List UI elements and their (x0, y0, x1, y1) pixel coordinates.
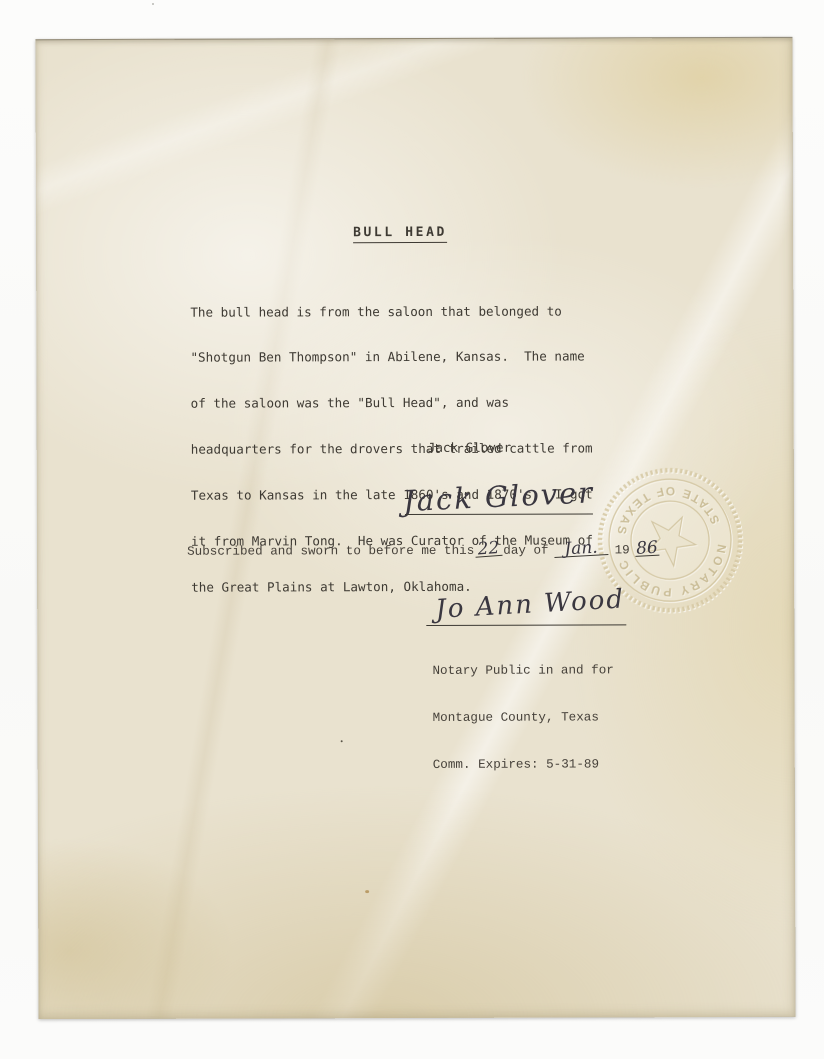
notary-county-line: Montague County, Texas (433, 710, 614, 726)
notary-credentials: Notary Public in and for Montague County… (432, 631, 614, 805)
document-title: BULL HEAD (353, 225, 447, 243)
handwritten-year: 86 (634, 542, 659, 557)
notary-expiry-line: Comm. Expires: 5-31-89 (433, 758, 614, 774)
scanner-background: BULL HEAD The bull head is from the salo… (0, 0, 824, 1059)
handwritten-day: 22 (475, 542, 503, 558)
notary-title-line: Notary Public in and for (432, 663, 613, 679)
notary-signature-line (426, 624, 626, 626)
sworn-middle: day of (503, 544, 548, 558)
typed-author-name: Jack Glover (428, 440, 511, 455)
body-line: The bull head is from the saloon that be… (190, 303, 592, 320)
document-page: BULL HEAD The bull head is from the salo… (35, 37, 795, 1019)
paper-stain (365, 890, 369, 893)
body-line: headquarters for the drovers that traile… (191, 441, 593, 458)
sworn-prefix: Subscribed and sworn to before me this (187, 544, 474, 559)
body-paragraph: The bull head is from the saloon that be… (190, 272, 593, 625)
body-line: of the saloon was the "Bull Head", and w… (191, 395, 593, 412)
body-line: "Shotgun Ben Thompson" in Abilene, Kansa… (190, 349, 592, 366)
dust-speck (152, 3, 154, 5)
handwritten-month: Jan. (553, 541, 608, 558)
sworn-year-prefix: 19 (615, 543, 630, 557)
dust-speck (341, 740, 343, 742)
sworn-statement: Subscribed and sworn to before me this 2… (187, 542, 659, 558)
